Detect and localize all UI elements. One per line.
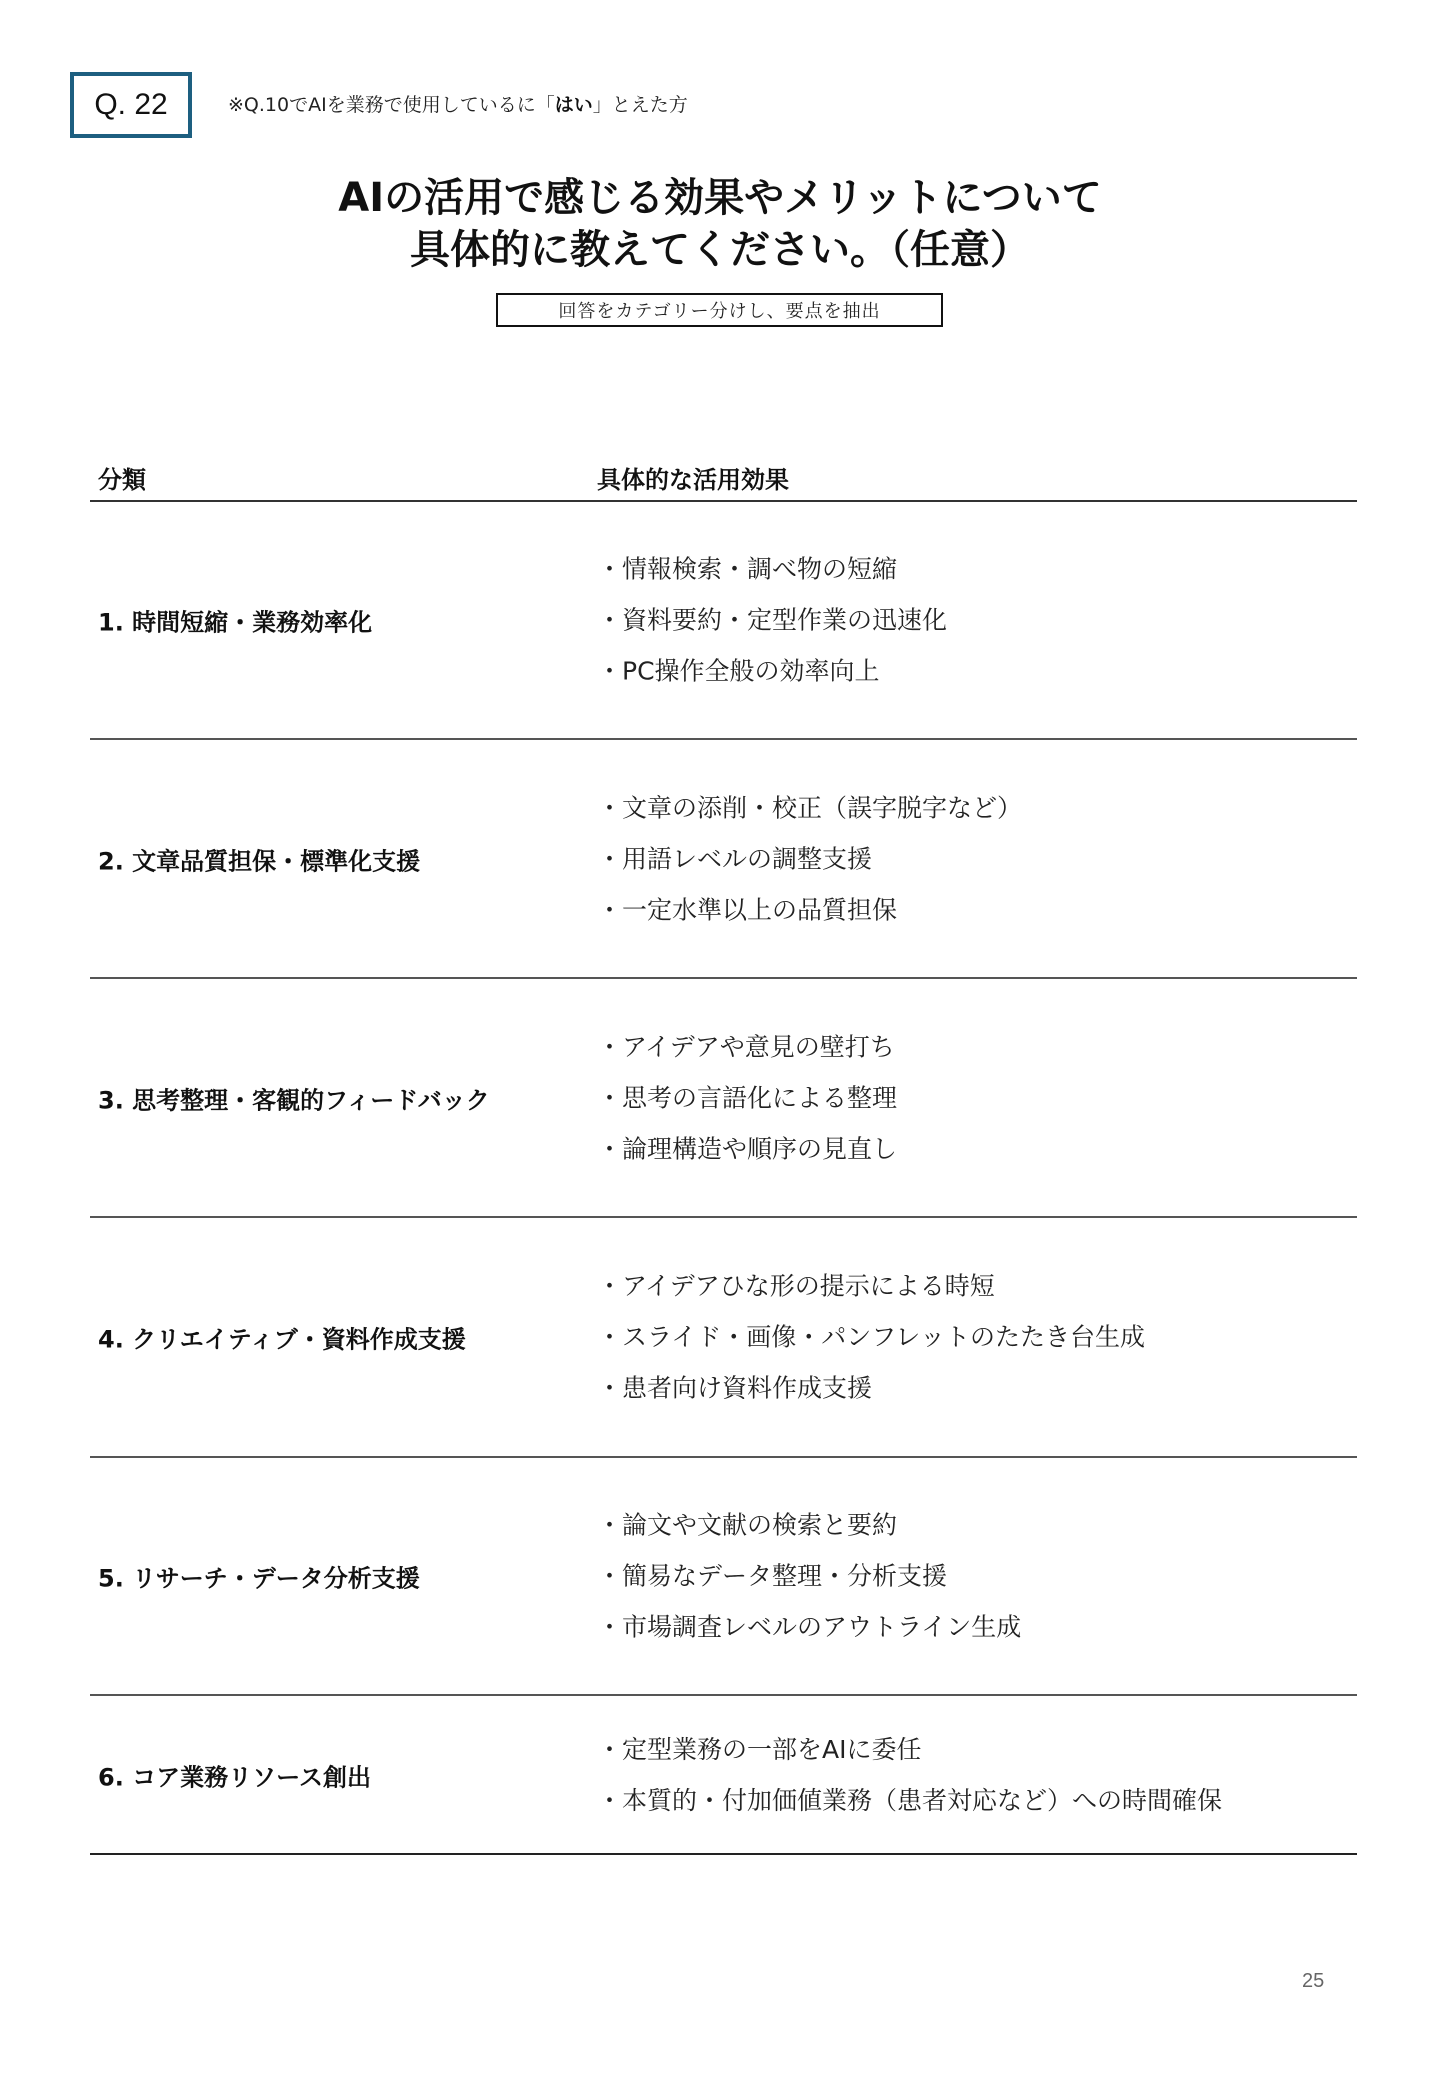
list-item: ・論文や文献の検索と要約 bbox=[597, 1500, 1021, 1551]
row-items: ・アイデアひな形の提示による時短 ・スライド・画像・パンフレットのたたき台生成 … bbox=[597, 1261, 1145, 1414]
list-item: ・簡易なデータ整理・分析支援 bbox=[597, 1551, 1021, 1602]
header-category: 分類 bbox=[98, 460, 146, 495]
row-category: 2. 文章品質担保・標準化支援 bbox=[98, 841, 420, 876]
row-category: 4. クリエイティブ・資料作成支援 bbox=[98, 1320, 466, 1355]
list-item: ・患者向け資料作成支援 bbox=[597, 1363, 1145, 1414]
list-item: ・アイデアや意見の壁打ち bbox=[597, 1021, 897, 1072]
list-item: ・本質的・付加価値業務（患者対応など）への時間確保 bbox=[597, 1775, 1222, 1826]
list-item: ・スライド・画像・パンフレットのたたき台生成 bbox=[597, 1312, 1145, 1363]
note-prefix: ※Q.10でAIを業務で使用しているに「 bbox=[228, 94, 555, 116]
row-items: ・論文や文献の検索と要約 ・簡易なデータ整理・分析支援 ・市場調査レベルのアウト… bbox=[597, 1500, 1021, 1653]
table-row: 1. 時間短縮・業務効率化 ・情報検索・調べ物の短縮 ・資料要約・定型作業の迅速… bbox=[90, 502, 1357, 740]
row-category: 5. リサーチ・データ分析支援 bbox=[98, 1559, 420, 1594]
note-bold: はい bbox=[555, 94, 593, 116]
row-items: ・情報検索・調べ物の短縮 ・資料要約・定型作業の迅速化 ・PC操作全般の効率向上 bbox=[597, 544, 947, 697]
row-items: ・定型業務の一部をAIに委任 ・本質的・付加価値業務（患者対応など）への時間確保 bbox=[597, 1724, 1222, 1826]
question-number-badge: Q. 22 bbox=[70, 72, 192, 138]
method-label-text: 回答をカテゴリー分けし、要点を抽出 bbox=[558, 297, 880, 323]
list-item: ・市場調査レベルのアウトライン生成 bbox=[597, 1602, 1021, 1653]
row-items: ・アイデアや意見の壁打ち ・思考の言語化による整理 ・論理構造や順序の見直し bbox=[597, 1021, 897, 1174]
list-item: ・アイデアひな形の提示による時短 bbox=[597, 1261, 1145, 1312]
list-item: ・資料要約・定型作業の迅速化 bbox=[597, 595, 947, 646]
table-row: 2. 文章品質担保・標準化支援 ・文章の添削・校正（誤字脱字など） ・用語レベル… bbox=[90, 740, 1357, 979]
header-effects: 具体的な活用効果 bbox=[597, 460, 789, 495]
row-category: 3. 思考整理・客観的フィードバック bbox=[98, 1080, 490, 1115]
list-item: ・思考の言語化による整理 bbox=[597, 1072, 897, 1123]
respondent-note: ※Q.10でAIを業務で使用しているに「はい」とえた方 bbox=[228, 90, 688, 117]
row-category: 6. コア業務リソース創出 bbox=[98, 1757, 371, 1792]
row-items: ・文章の添削・校正（誤字脱字など） ・用語レベルの調整支援 ・一定水準以上の品質… bbox=[597, 782, 1022, 935]
table-header: 分類 具体的な活用効果 bbox=[90, 452, 1357, 502]
list-item: ・PC操作全般の効率向上 bbox=[597, 646, 947, 697]
note-suffix: 」とえた方 bbox=[593, 94, 688, 116]
table-row: 5. リサーチ・データ分析支援 ・論文や文献の検索と要約 ・簡易なデータ整理・分… bbox=[90, 1458, 1357, 1696]
list-item: ・情報検索・調べ物の短縮 bbox=[597, 544, 947, 595]
table-row: 3. 思考整理・客観的フィードバック ・アイデアや意見の壁打ち ・思考の言語化に… bbox=[90, 979, 1357, 1218]
page-title: AIの活用で感じる効果やメリットについて 具体的に教えてください。（任意） bbox=[0, 172, 1440, 276]
list-item: ・論理構造や順序の見直し bbox=[597, 1123, 897, 1174]
list-item: ・一定水準以上の品質担保 bbox=[597, 884, 1022, 935]
list-item: ・文章の添削・校正（誤字脱字など） bbox=[597, 782, 1022, 833]
page-number: 25 bbox=[1302, 1970, 1324, 1993]
row-category: 1. 時間短縮・業務効率化 bbox=[98, 603, 372, 638]
method-label: 回答をカテゴリー分けし、要点を抽出 bbox=[496, 293, 943, 327]
question-number: Q. 22 bbox=[94, 88, 167, 122]
title-line-2: 具体的に教えてください。（任意） bbox=[0, 224, 1440, 276]
table-row: 6. コア業務リソース創出 ・定型業務の一部をAIに委任 ・本質的・付加価値業務… bbox=[90, 1696, 1357, 1855]
list-item: ・定型業務の一部をAIに委任 bbox=[597, 1724, 1222, 1775]
list-item: ・用語レベルの調整支援 bbox=[597, 833, 1022, 884]
title-line-1: AIの活用で感じる効果やメリットについて bbox=[0, 172, 1440, 224]
table-row: 4. クリエイティブ・資料作成支援 ・アイデアひな形の提示による時短 ・スライド… bbox=[90, 1218, 1357, 1458]
